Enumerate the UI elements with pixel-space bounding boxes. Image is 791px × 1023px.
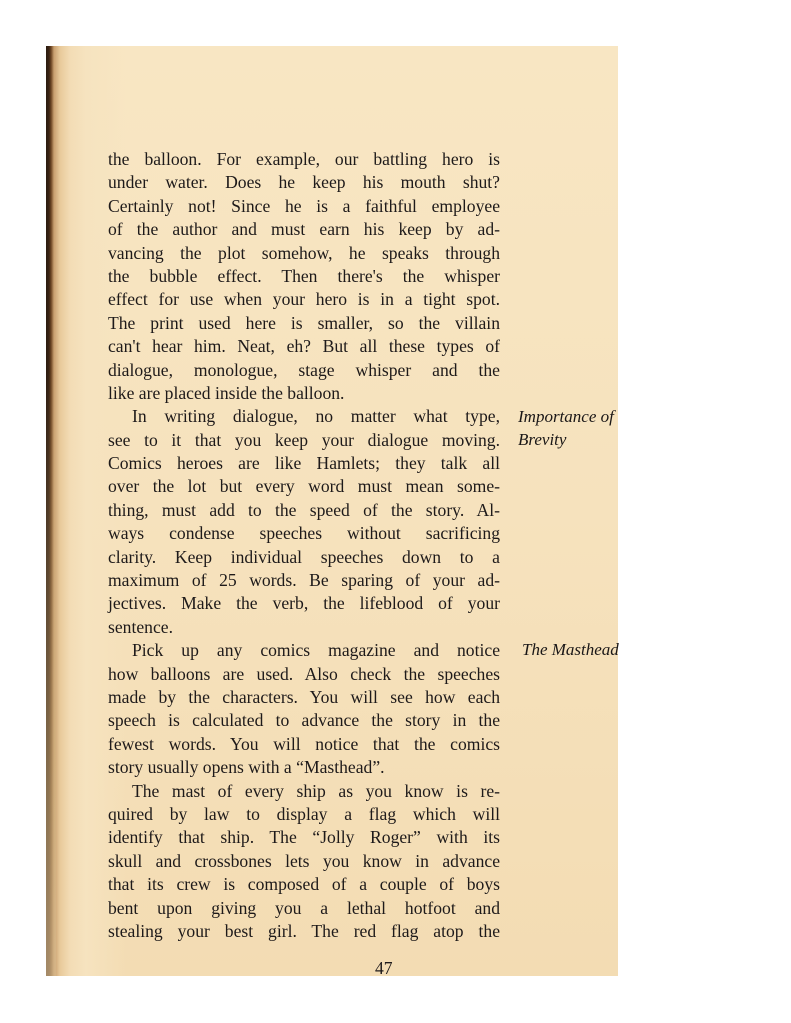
body-line: how balloons are used. Also check the sp…: [108, 663, 500, 686]
body-line: The print used here is smaller, so the v…: [108, 312, 500, 335]
body-line: see to it that you keep your dialogue mo…: [108, 429, 500, 452]
body-line: of the author and must earn his keep by …: [108, 218, 500, 241]
body-line: In writing dialogue, no matter what type…: [108, 405, 500, 428]
body-line: identify that ship. The “Jolly Roger” wi…: [108, 826, 500, 849]
body-line: dialogue, monologue, stage whisper and t…: [108, 359, 500, 382]
body-line: that its crew is composed of a couple of…: [108, 873, 500, 896]
body-line: maximum of 25 words. Be sparing of your …: [108, 569, 500, 592]
body-line: can't hear him. Neat, eh? But all these …: [108, 335, 500, 358]
margin-note-the-masthead: The Masthead: [522, 639, 619, 662]
body-line: quired by law to display a flag which wi…: [108, 803, 500, 826]
body-line: the bubble effect. Then there's the whis…: [108, 265, 500, 288]
margin-note-line: Importance of: [518, 406, 614, 429]
body-line: Certainly not! Since he is a faithful em…: [108, 195, 500, 218]
body-line: speech is calculated to advance the stor…: [108, 709, 500, 732]
body-line: effect for use when your hero is in a ti…: [108, 288, 500, 311]
margin-note-importance-of-brevity: Importance of Brevity: [518, 406, 614, 453]
body-line: stealing your best girl. The red flag at…: [108, 920, 500, 943]
body-line: ways condense speeches without sacrifici…: [108, 522, 500, 545]
body-line: the balloon. For example, our battling h…: [108, 148, 500, 171]
body-line: over the lot but every word must mean so…: [108, 475, 500, 498]
body-line: fewest words. You will notice that the c…: [108, 733, 500, 756]
body-line: made by the characters. You will see how…: [108, 686, 500, 709]
body-line: thing, must add to the speed of the stor…: [108, 499, 500, 522]
body-line: vancing the plot somehow, he speaks thro…: [108, 242, 500, 265]
book-page: the balloon. For example, our battling h…: [46, 46, 618, 976]
page-number: 47: [375, 958, 393, 979]
margin-note-line: The Masthead: [522, 639, 619, 662]
body-line: bent upon giving you a lethal hotfoot an…: [108, 897, 500, 920]
body-text: the balloon. For example, our battling h…: [108, 148, 500, 943]
body-line: under water. Does he keep his mouth shut…: [108, 171, 500, 194]
body-line: jectives. Make the verb, the lifeblood o…: [108, 592, 500, 615]
body-line: Pick up any comics magazine and notice: [108, 639, 500, 662]
body-line: The mast of every ship as you know is re…: [108, 780, 500, 803]
body-line: Comics heroes are like Hamlets; they tal…: [108, 452, 500, 475]
margin-note-line: Brevity: [518, 429, 614, 452]
body-line: skull and crossbones lets you know in ad…: [108, 850, 500, 873]
body-line: sentence.: [108, 616, 500, 639]
body-line: clarity. Keep individual speeches down t…: [108, 546, 500, 569]
body-line: like are placed inside the balloon.: [108, 382, 500, 405]
body-line: story usually opens with a “Masthead”.: [108, 756, 500, 779]
